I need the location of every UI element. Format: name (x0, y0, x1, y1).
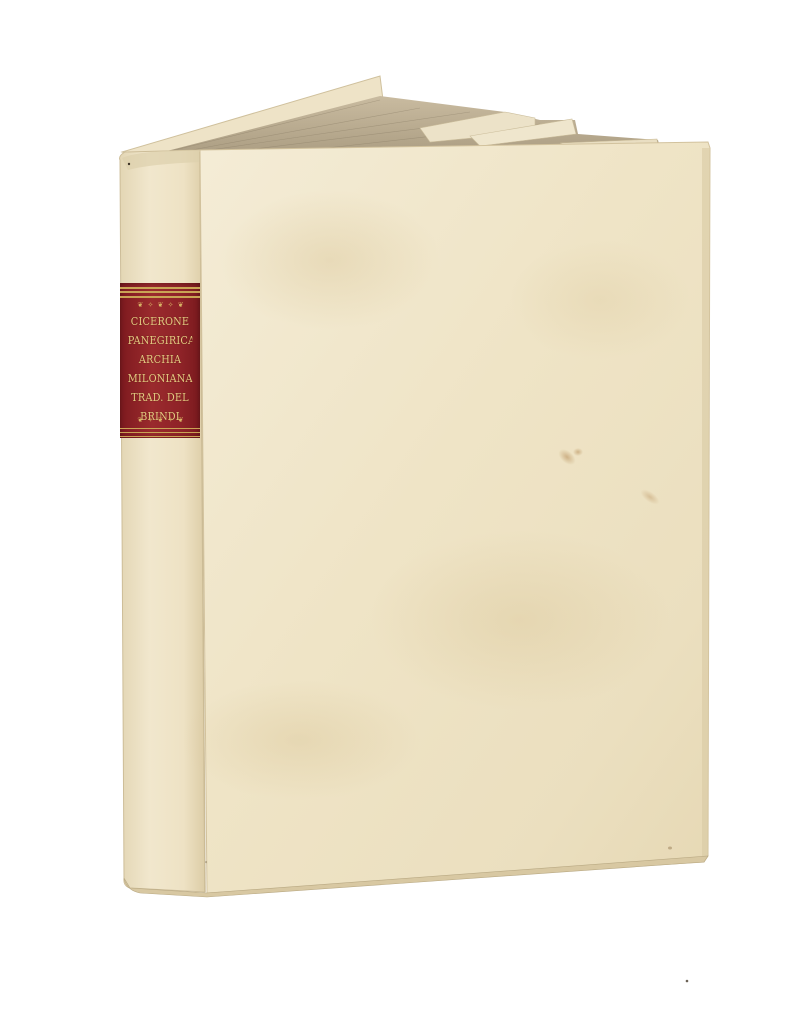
gilt-rule (120, 291, 200, 293)
spine-title-line: MILONIANA (128, 370, 193, 386)
spine-title-line: ARCHIA (128, 351, 193, 367)
spine-title-line: TRAD. DEL (128, 389, 193, 405)
gilt-rule (120, 428, 200, 430)
spine-title: CICERONE PANEGIRICA ARCHIA MILONIANA TRA… (122, 313, 198, 424)
gilt-rule (120, 287, 200, 289)
gilt-rule (120, 296, 200, 298)
spine-label: ❦ ✧ ❦ ✧ ❦ CICERONE PANEGIRICA ARCHIA MIL… (120, 283, 200, 438)
gilt-ornament-top: ❦ ✧ ❦ ✧ ❦ (126, 301, 196, 309)
spine-title-line: PANEGIRICA (128, 332, 193, 348)
spine-title-line: CICERONE (128, 313, 193, 329)
gilt-rule (120, 432, 200, 434)
gilt-rule (120, 436, 200, 438)
book-photo: ❦ ✧ ❦ ✧ ❦ CICERONE PANEGIRICA ARCHIA MIL… (0, 0, 800, 1017)
book-illustration (0, 0, 800, 1017)
gilt-ornament-bottom: ❦ ✧ ❦ ✧ ❦ (126, 416, 196, 424)
